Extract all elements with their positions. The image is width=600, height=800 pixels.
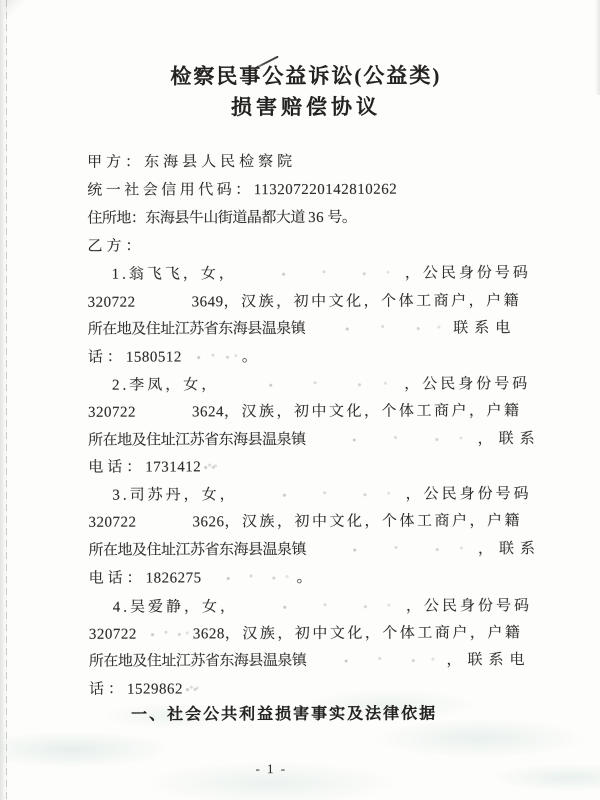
text-segment: 36	[308, 210, 324, 226]
text-segment: ，公民身份号码	[404, 376, 530, 392]
person1-line3: 所在地及住址江苏省东海县温泉镇联系电	[88, 319, 517, 339]
person3-line1: 3.司苏丹，女，，公民身份号码	[112, 485, 531, 505]
person4-line4: 话：1529862	[89, 680, 199, 699]
party-a-line: 甲方：东海县人民检察院	[87, 153, 296, 172]
text-segment: 一、社会公共利益损害事实及法律依据	[131, 706, 437, 724]
text-segment: 3628	[193, 626, 225, 642]
text-segment: 统一社会信用代码：	[87, 182, 254, 199]
redaction-gap	[137, 628, 193, 638]
redaction-gap	[306, 543, 478, 554]
text-segment: 3.司苏丹，女，	[112, 487, 237, 503]
person4-line3: 所在地及住址江苏省东海县温泉镇，联系电	[89, 651, 531, 671]
text-segment: 检察民事公益诉讼(公益类)	[170, 64, 441, 89]
text-segment: 乙方：	[87, 239, 144, 255]
text-segment: 3626	[192, 514, 224, 530]
section-heading: 一、社会公共利益损害事实及法律依据	[131, 705, 437, 726]
text-segment: 所在地及住址江苏省东海县温泉镇	[88, 321, 306, 338]
text-segment: 1826275	[146, 570, 202, 586]
person2-line1: 2.李凤，女，，公民身份号码	[112, 375, 530, 395]
text-segment: 联系电	[453, 320, 516, 336]
text-segment: 1731412	[145, 459, 201, 475]
text-segment: ，联系电	[446, 652, 530, 668]
person2-line2: 3207223624，汉族，初中文化，个体工商户，户籍	[88, 402, 522, 422]
document-page: 检察民事公益诉讼(公益类)损害赔偿协议甲方：东海县人民检察院统一社会信用代码：1…	[0, 0, 600, 800]
redaction-gap	[202, 572, 297, 582]
text-segment: 电话：	[89, 571, 146, 587]
text-segment: ，汉族，初中文化，个体工商户，户籍	[225, 625, 523, 642]
person1-line4: 话：1580512。	[88, 348, 261, 367]
text-segment: ，汉族，初中文化，个体工商户，户籍	[224, 403, 522, 420]
text-segment: 2.李凤，女，	[112, 377, 219, 393]
text-segment: 1529862	[127, 681, 183, 697]
redaction-gap	[136, 406, 192, 416]
text-segment: ，联系	[478, 431, 541, 447]
text-segment: ，公民身份号码	[405, 265, 531, 281]
text-segment: 。	[297, 570, 316, 586]
redaction-gap	[219, 379, 404, 390]
credit-code-line: 统一社会信用代码：113207220142810262	[87, 181, 397, 201]
redaction-gap	[306, 433, 478, 444]
text-segment: 所在地及住址江苏省东海县温泉镇	[89, 653, 307, 670]
text-segment: 320722	[89, 627, 137, 643]
title-line-1: 检察民事公益诉讼(公益类)	[56, 62, 556, 90]
text-segment: - 1 -	[255, 761, 287, 776]
person3-line3: 所在地及住址江苏省东海县温泉镇，联系	[88, 540, 541, 560]
text-segment: 所在地及住址江苏省东海县温泉镇	[88, 432, 306, 449]
party-b-label: 乙方：	[87, 238, 144, 257]
person3-line2: 3207223626，汉族，初中文化，个体工商户，户籍	[88, 512, 522, 532]
redaction-gap	[136, 296, 192, 306]
text-segment: ，汉族，初中文化，个体工商户，户籍	[224, 513, 522, 530]
title-line-2: 损害赔偿协议	[56, 93, 556, 121]
person4-line1: 4.吴爱静，女，，公民身份号码	[113, 597, 532, 617]
redaction-gap	[237, 268, 405, 279]
text-segment: 所在地及住址江苏省东海县温泉镇	[88, 542, 306, 559]
text-segment: 320722	[88, 405, 136, 421]
text-segment: 3624	[192, 404, 224, 420]
text-segment: 话：	[89, 682, 127, 698]
person2-line4: 电话：1731412	[88, 458, 217, 477]
address-line: 住所地：东海县牛山街道晶都大道 36 号。	[87, 209, 356, 229]
text-segment: 号。	[324, 210, 356, 226]
text-segment: 1580512	[126, 349, 182, 365]
text-segment: 。	[242, 349, 261, 365]
person1-line1: 1.翁飞飞，女，，公民身份号码	[112, 264, 531, 284]
text-segment: 1.翁飞飞，女，	[112, 266, 237, 282]
text-segment: 住所地：东海县牛山街道晶都大道	[87, 210, 308, 227]
redaction-gap	[238, 601, 406, 612]
redaction-gap	[306, 654, 446, 664]
text-segment: ，公民身份号码	[406, 598, 532, 614]
text-segment: 320722	[88, 295, 136, 311]
person2-line3: 所在地及住址江苏省东海县温泉镇，联系	[88, 430, 541, 450]
text-segment: 电话：	[88, 460, 145, 476]
redaction-gap	[183, 683, 199, 693]
page-number: - 1 -	[21, 760, 521, 778]
text-segment: 损害赔偿协议	[231, 95, 381, 120]
text-segment: ，联系	[478, 541, 541, 557]
text-segment: ，公民身份号码	[406, 486, 532, 502]
text-segment: 甲方：东海县人民检察院	[87, 154, 296, 171]
document-content: 检察民事公益诉讼(公益类)损害赔偿协议甲方：东海县人民检察院统一社会信用代码：1…	[0, 0, 600, 800]
text-segment: 3649	[192, 294, 224, 310]
redaction-gap	[305, 322, 453, 333]
text-segment: 320722	[88, 515, 136, 531]
person3-line4: 电话：1826275。	[89, 569, 316, 589]
redaction-gap	[201, 461, 217, 471]
text-segment: 113207220142810262	[254, 182, 398, 199]
redaction-gap	[238, 489, 406, 500]
text-segment: ，汉族，初中文化，个体工商户，户籍	[224, 293, 522, 310]
text-segment: 话：	[88, 350, 126, 366]
person1-line2: 3207223649，汉族，初中文化，个体工商户，户籍	[88, 292, 522, 312]
redaction-gap	[182, 351, 242, 361]
text-segment: 4.吴爱静，女，	[113, 599, 238, 615]
person4-line2: 3207223628，汉族，初中文化，个体工商户，户籍	[89, 624, 523, 644]
redaction-gap	[136, 516, 192, 526]
